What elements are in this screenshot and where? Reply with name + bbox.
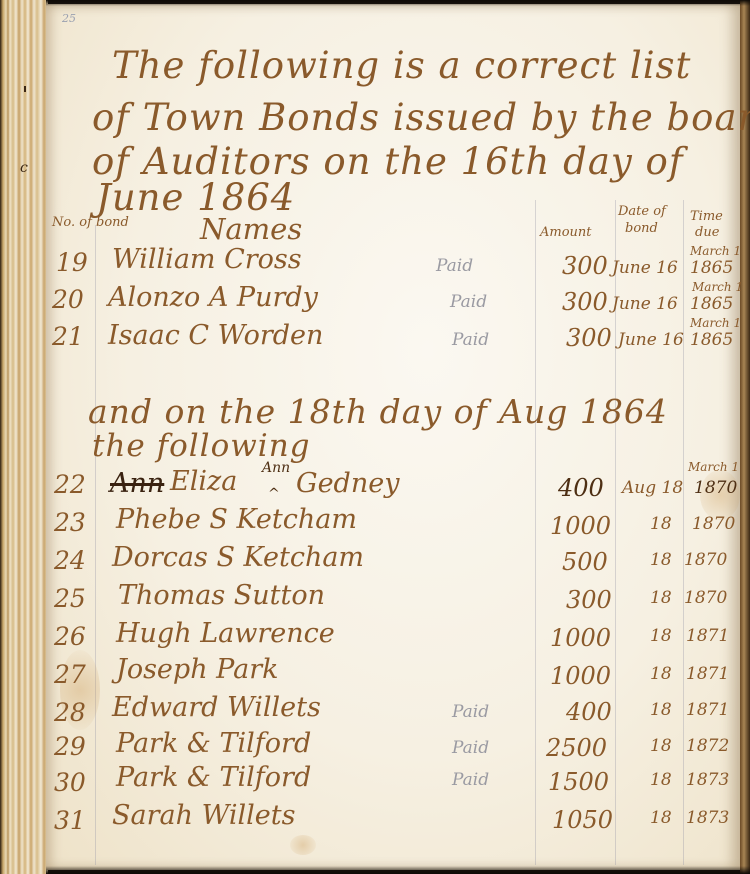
bond-date: 18 <box>650 664 672 684</box>
bond-number: 20 <box>52 285 84 314</box>
bond-amount: 300 <box>562 288 608 316</box>
due-year: 1870 <box>692 514 735 534</box>
rule-margin <box>95 225 96 865</box>
due-year: 1870 <box>684 550 727 570</box>
paid-note: Paid <box>436 256 473 276</box>
col-header-date-1: Date of <box>618 205 666 219</box>
heading-line-2: of Town Bonds issued by the board <box>92 96 750 139</box>
bond-number: 21 <box>52 322 84 351</box>
col-header-names: Names <box>200 212 302 246</box>
bond-amount: 1050 <box>552 806 613 834</box>
bond-date: 18 <box>650 626 672 646</box>
bottom-shadow <box>46 866 750 874</box>
bond-name: Hugh Lawrence <box>116 618 335 649</box>
section-intro-line-1: and on the 18th day of Aug 1864 <box>88 392 668 431</box>
page-number: 25 <box>62 12 76 25</box>
top-shadow <box>46 0 750 6</box>
col-header-due-2: due <box>695 226 719 240</box>
bond-amount: 1500 <box>548 768 609 796</box>
due-year: 1871 <box>686 626 729 646</box>
paid-note: Paid <box>452 738 489 758</box>
due-year: 1872 <box>686 736 729 756</box>
col-header-number: No. of bond <box>52 216 129 230</box>
bond-number: 24 <box>54 546 86 575</box>
bond-name: William Cross <box>112 244 302 275</box>
page-stack-edges <box>0 0 48 874</box>
bond-name: Park & Tilford <box>116 728 311 759</box>
bond-name: Joseph Park <box>116 654 279 685</box>
due-year: 1870 <box>684 588 727 608</box>
bond-name: Isaac C Worden <box>108 320 323 351</box>
bond-number: 23 <box>54 508 86 537</box>
bond-number: 31 <box>54 806 86 835</box>
bond-name: Thomas Sutton <box>118 580 325 611</box>
bond-name: Dorcas S Ketcham <box>112 542 364 573</box>
section-intro-line-2: the following <box>92 428 311 464</box>
bond-number: 30 <box>54 768 86 797</box>
bond-amount: 300 <box>566 324 612 352</box>
bond-amount: 300 <box>566 586 612 614</box>
bond-date: June 16 <box>612 294 678 314</box>
bond-name: Alonzo A Purdy <box>108 282 318 313</box>
bond-date: 18 <box>650 550 672 570</box>
paid-note: Paid <box>452 702 489 722</box>
bond-amount: 400 <box>558 474 604 502</box>
paid-note: Paid <box>452 330 489 350</box>
due-year: 1865 <box>690 330 733 350</box>
bond-name: Edward Willets <box>112 692 321 723</box>
stain <box>290 835 316 855</box>
bond-name: Sarah Willets <box>112 800 295 831</box>
bond-number: 22 <box>54 470 86 499</box>
paid-note: Paid <box>450 292 487 312</box>
col-header-due-1: Time <box>690 210 723 224</box>
bond-amount: 2500 <box>546 734 607 762</box>
bond-date: 18 <box>650 736 672 756</box>
inserted-name: Ann <box>262 460 290 476</box>
due-month: March 1 <box>690 316 741 330</box>
rule-amount-left <box>535 200 536 865</box>
bond-name-last: Gedney <box>296 468 399 499</box>
due-year: 1873 <box>686 808 729 828</box>
bond-amount: 1000 <box>550 624 611 652</box>
bond-number: 25 <box>54 584 86 613</box>
bond-date: June 16 <box>612 258 678 278</box>
heading-line-1: The following is a correct list <box>112 44 691 87</box>
bond-number: 29 <box>54 732 86 761</box>
bond-date: 18 <box>650 700 672 720</box>
bond-amount: 500 <box>562 548 608 576</box>
bond-number: 26 <box>54 622 86 651</box>
margin-tick <box>24 86 26 92</box>
bond-date: June 16 <box>618 330 684 350</box>
col-header-amount: Amount <box>540 226 592 240</box>
margin-mark: c <box>20 160 28 176</box>
bond-date: 18 <box>650 770 672 790</box>
due-year: 1873 <box>686 770 729 790</box>
bond-amount: 1000 <box>550 512 611 540</box>
due-year: 1865 <box>690 258 733 278</box>
bond-date: 18 <box>650 588 672 608</box>
bond-number: 28 <box>54 698 86 727</box>
due-month: March 1 <box>692 280 743 294</box>
bond-number: 19 <box>56 248 88 277</box>
insertion-caret: ^ <box>268 486 280 502</box>
bond-name: Park & Tilford <box>116 762 311 793</box>
bond-amount: 300 <box>562 252 608 280</box>
due-year: 1871 <box>686 664 729 684</box>
bond-amount: 1000 <box>550 662 611 690</box>
due-year: 1871 <box>686 700 729 720</box>
col-header-date-2: bond <box>625 222 658 236</box>
rule-due-left <box>683 200 684 865</box>
paid-note: Paid <box>452 770 489 790</box>
bond-name: Phebe S Ketcham <box>116 504 357 535</box>
bond-date: 18 <box>650 808 672 828</box>
bond-number: 27 <box>54 660 86 689</box>
bond-amount: 400 <box>566 698 612 726</box>
due-month: March 1 <box>688 460 739 474</box>
bond-name: Eliza <box>170 466 237 497</box>
due-year: 1865 <box>690 294 733 314</box>
due-month: March 1 <box>690 244 741 258</box>
struck-name: Ann <box>110 468 164 499</box>
due-year: 1870 <box>694 478 737 498</box>
bond-date: 18 <box>650 514 672 534</box>
bond-date: Aug 18 <box>622 478 683 498</box>
